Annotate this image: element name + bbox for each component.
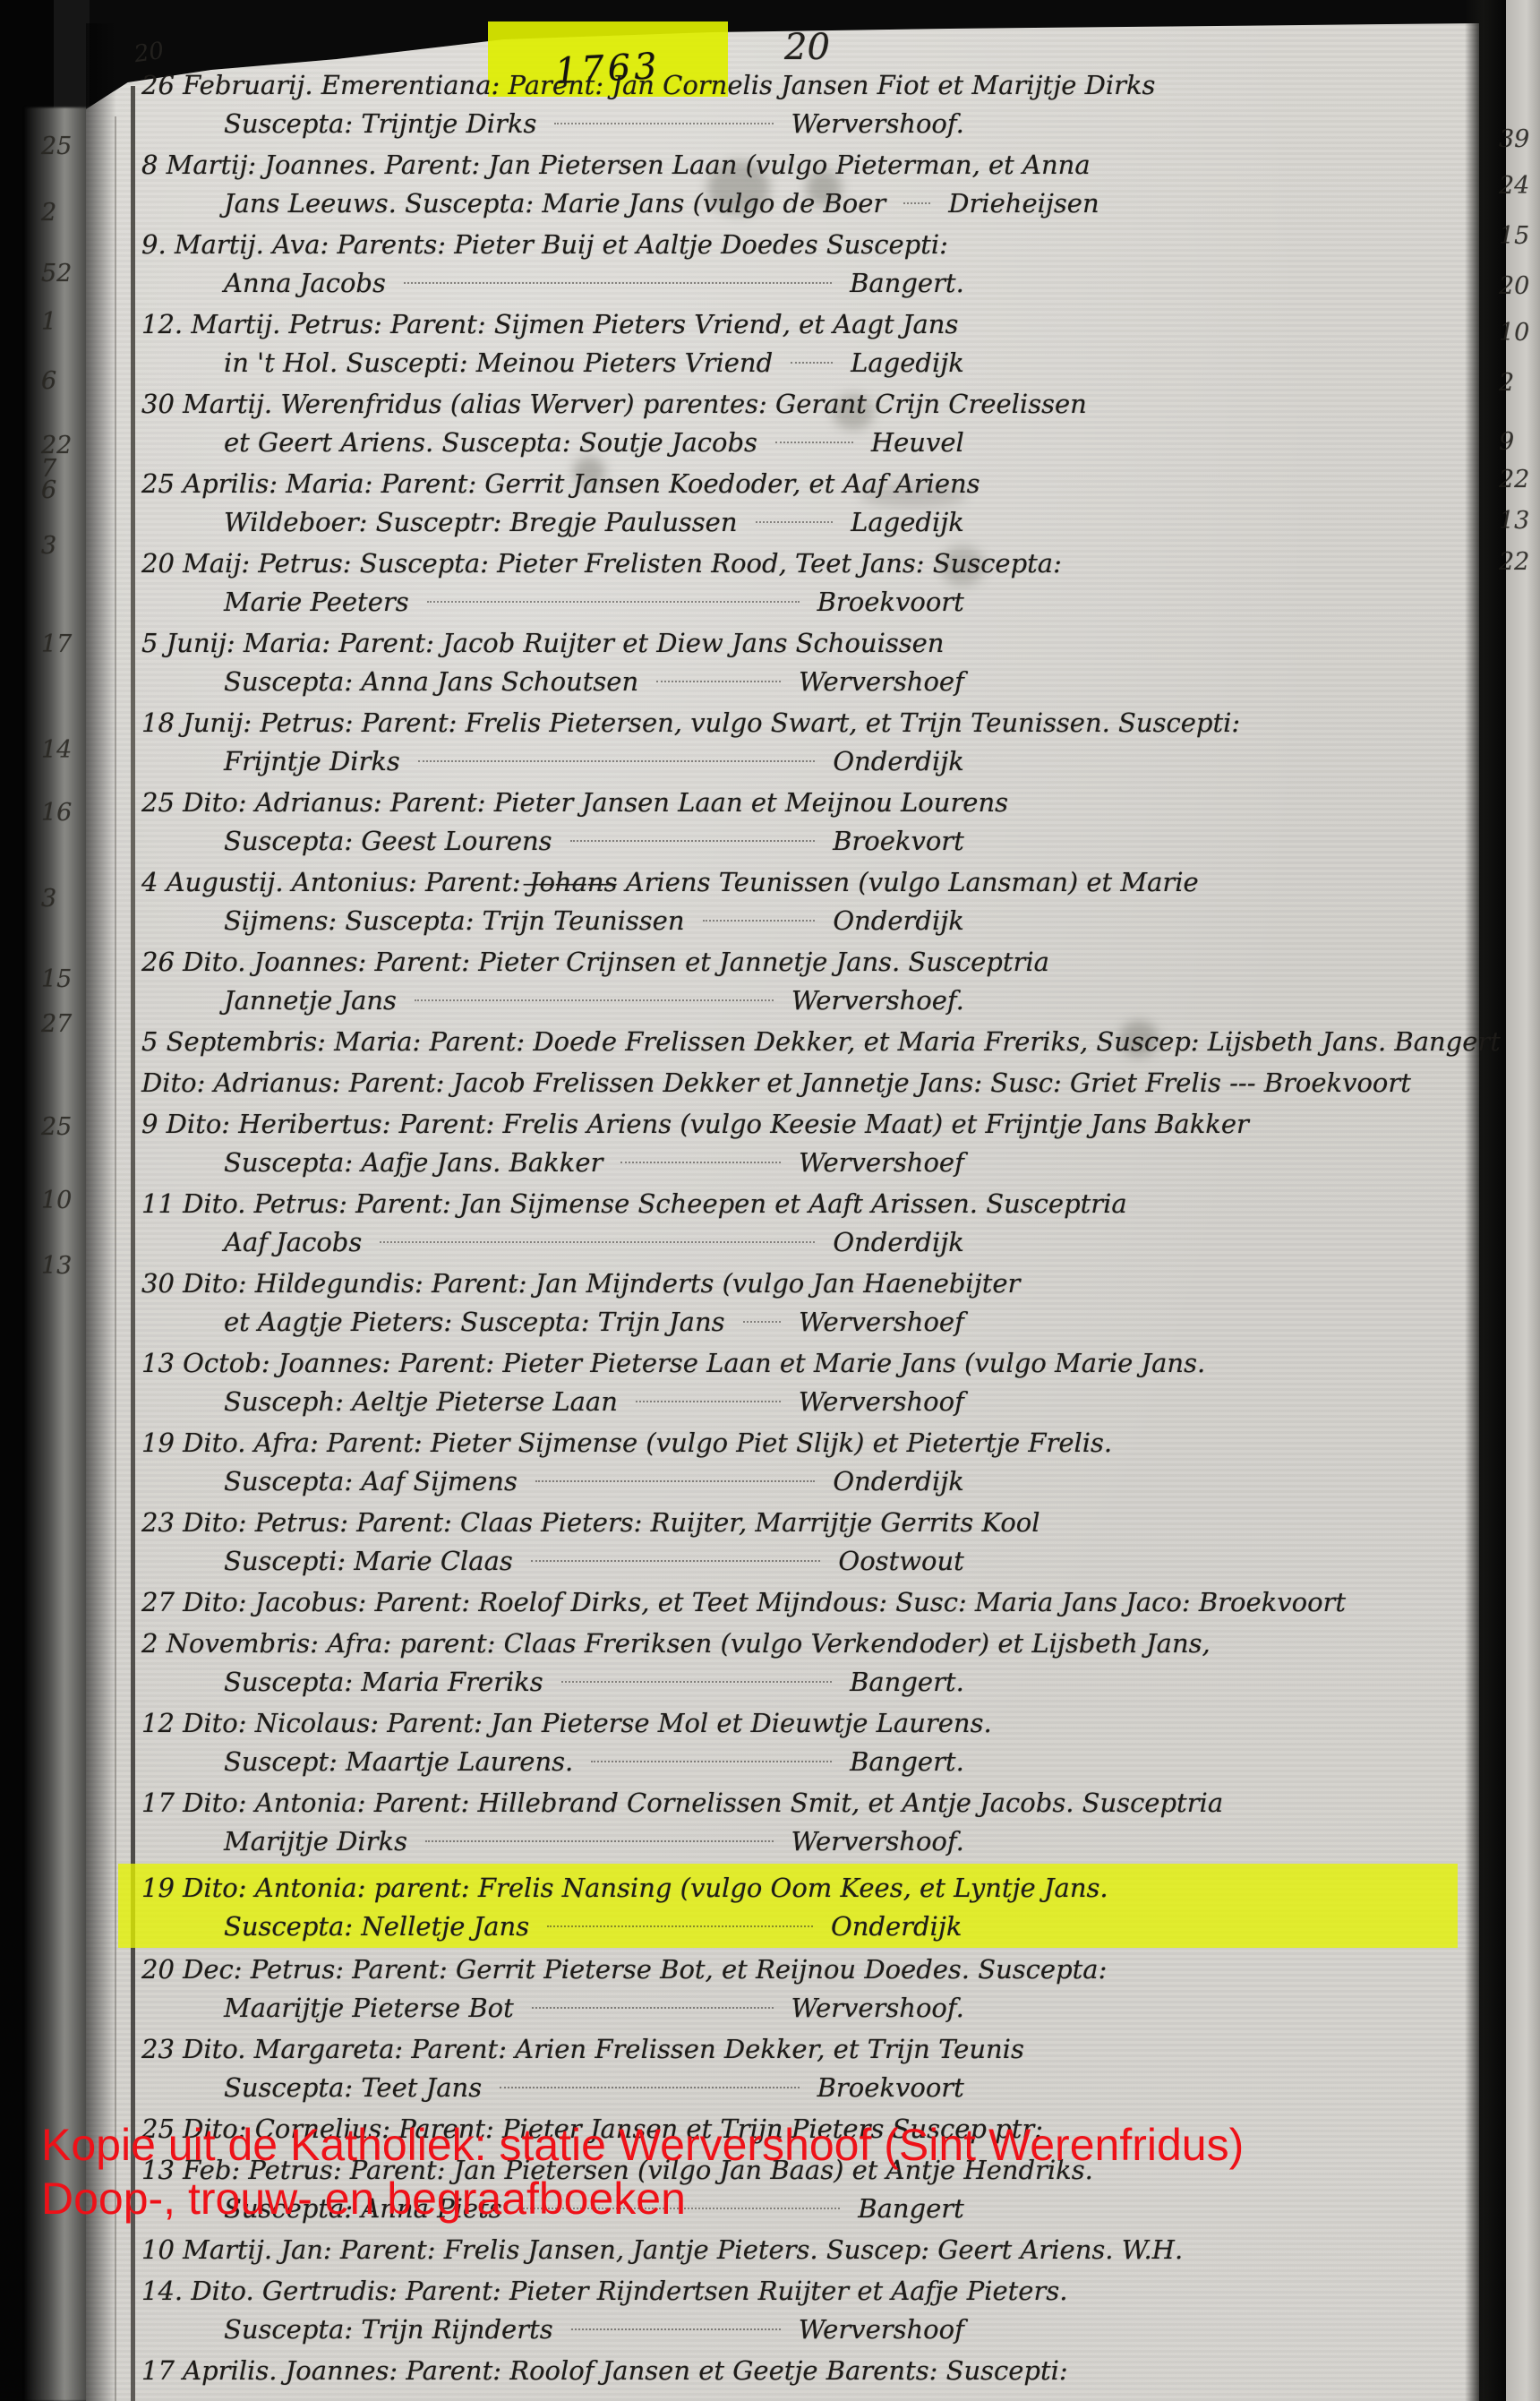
baptism-entry: 13 Octob: Joannes: Parent: Pieter Pieter… <box>141 1344 1458 1421</box>
entry-line: 30 Dito: Hildegundis: Parent: Jan Mijnde… <box>141 1265 1458 1303</box>
entry-text: Marie Peeters <box>224 583 409 622</box>
entry-text: Dito: Adrianus: Parent: Jacob Frelissen … <box>141 1064 1411 1102</box>
baptism-entry: 17 Aprilis. Joannes: Parent: Roolof Jans… <box>141 2352 1458 2390</box>
entry-text: in 't Hol. Suscepti: Meinou Pieters Vrie… <box>224 344 773 382</box>
entry-location: Onderdijk <box>833 1223 963 1262</box>
baptism-entry: 8 Martij: Joannes. Parent: Jan Pietersen… <box>141 146 1458 223</box>
entry-text: 20 Maij: Petrus: Suscepta: Pieter Frelis… <box>141 545 1062 583</box>
entry-location: Onderdijk <box>833 1462 963 1501</box>
entry-text: 2 Novembris: Afra: parent: Claas Freriks… <box>141 1625 1211 1663</box>
right-margin-number: 39 <box>1499 125 1529 153</box>
entry-line: 11 Dito. Petrus: Parent: Jan Sijmense Sc… <box>141 1185 1458 1223</box>
entry-line: Marie PeetersBroekvoort <box>141 583 1458 622</box>
entry-text: 12 Dito: Nicolaus: Parent: Jan Pieterse … <box>141 1704 992 1743</box>
entry-line: Suscepti: Marie ClaasOostwout <box>141 1542 1458 1581</box>
entry-line: 26 Dito. Joannes: Parent: Pieter Crijnse… <box>141 943 1458 982</box>
right-margin-number: 20 <box>1499 272 1529 300</box>
entry-line: Suscepta: Nelletje JansOnderdijk <box>141 1908 1454 1946</box>
entry-text: Jannetje Jans <box>224 982 397 1020</box>
entry-line: Suscepta: Trijntje DirksWervershoof. <box>141 105 1458 143</box>
filler-rule <box>775 442 853 443</box>
baptism-entry: 25 Aprilis: Maria: Parent: Gerrit Jansen… <box>141 465 1458 542</box>
entry-line: Suscepta: Geest LourensBroekvort <box>141 822 1458 861</box>
baptism-entry: 4 Augustij. Antonius: Parent: J̶o̶h̶a̶n̶… <box>141 863 1458 940</box>
entry-line: Aaf JacobsOnderdijk <box>141 1223 1458 1262</box>
entry-location: Bangert. <box>850 1743 964 1781</box>
entry-text: Suscepta: Geest Lourens <box>224 822 552 861</box>
entry-line: 5 Junij: Maria: Parent: Jacob Ruijter et… <box>141 624 1458 663</box>
baptism-entry: 2 Novembris: Afra: parent: Claas Freriks… <box>141 1625 1458 1702</box>
entry-line: 23 Dito. Margareta: Parent: Arien Frelis… <box>141 2030 1458 2069</box>
entry-location: Wervershoof. <box>791 1989 964 2028</box>
entry-text: Suscepta: Aaf Sijmens <box>224 1462 518 1501</box>
entry-line: Suscepta: Teet JansBroekvoort <box>141 2069 1458 2107</box>
entry-text: Suscepta: Teet Jans <box>224 2069 482 2107</box>
baptism-entry: 27 Dito: Jacobus: Parent: Roelof Dirks, … <box>141 1583 1458 1622</box>
left-margin-number: 15 <box>41 965 72 993</box>
right-margin-number: 9 <box>1499 428 1514 456</box>
right-margin-number: 15 <box>1499 222 1529 250</box>
filler-rule <box>427 601 800 603</box>
baptism-entry: 20 Maij: Petrus: Suscepta: Pieter Frelis… <box>141 545 1458 622</box>
baptism-entry: Dito: Adrianus: Parent: Jacob Frelissen … <box>141 1064 1458 1102</box>
entry-text: Anna Jacobs <box>224 264 386 303</box>
entry-line: Susceph: Aeltje Pieterse LaanWervershoof <box>141 1383 1458 1421</box>
entry-text: Wildeboer: Susceptr: Bregje Paulussen <box>224 503 738 542</box>
entry-line: 10 Martij. Jan: Parent: Frelis Jansen, J… <box>141 2231 1458 2269</box>
archive-overlay-line-1: Kopie uit de Katholiek: statie Werversho… <box>41 2119 1527 2171</box>
entry-text: 25 Dito: Adrianus: Parent: Pieter Jansen… <box>141 784 1008 822</box>
entry-location: Oostwout <box>838 1542 963 1581</box>
baptism-entry: 11 Dito. Petrus: Parent: Jan Sijmense Sc… <box>141 1185 1458 1262</box>
left-margin-number: 27 <box>41 1010 72 1038</box>
entry-line: Anna JacobsBangert. <box>141 264 1458 303</box>
entry-text: 13 Octob: Joannes: Parent: Pieter Pieter… <box>141 1344 1205 1383</box>
page-number: 20 <box>784 27 830 68</box>
entry-location: Heuvel <box>871 424 964 462</box>
right-margin-number: 13 <box>1499 507 1529 535</box>
entry-text: 5 Junij: Maria: Parent: Jacob Ruijter et… <box>141 624 944 663</box>
filler-rule <box>903 202 930 204</box>
filler-rule <box>425 1840 774 1842</box>
entry-text: Sijmens: Suscepta: Trijn Teunissen <box>224 902 685 940</box>
baptism-entry: 19 Dito. Afra: Parent: Pieter Sijmense (… <box>141 1424 1458 1501</box>
page-fold-shadow <box>86 23 116 2401</box>
entry-text: 27 Dito: Jacobus: Parent: Roelof Dirks, … <box>141 1583 1346 1622</box>
corner-scribble: 20 <box>133 38 166 68</box>
entry-text: 30 Martij. Werenfridus (alias Werver) pa… <box>141 385 1087 424</box>
entry-text: 11 Dito. Petrus: Parent: Jan Sijmense Sc… <box>141 1185 1127 1223</box>
entry-text: Susceph: Aeltje Pieterse Laan <box>224 1383 618 1421</box>
filler-rule <box>547 1925 813 1927</box>
left-margin-number: 17 <box>41 630 72 658</box>
entry-location: Wervershoof <box>799 2311 964 2349</box>
baptism-entry-highlighted: 19 Dito: Antonia: parent: Frelis Nansing… <box>118 1864 1458 1948</box>
entry-line: Wildeboer: Susceptr: Bregje PaulussenLag… <box>141 503 1458 542</box>
entry-line: Jans Leeuws. Suscepta: Marie Jans (vulgo… <box>141 184 1458 223</box>
right-margin-number: 2 <box>1499 369 1514 397</box>
ruled-margin-line <box>131 86 135 2401</box>
entry-text: 19 Dito. Afra: Parent: Pieter Sijmense (… <box>141 1424 1112 1462</box>
entry-text: 12. Martij. Petrus: Parent: Sijmen Piete… <box>141 305 958 344</box>
entry-text: 10 Martij. Jan: Parent: Frelis Jansen, J… <box>141 2231 1183 2269</box>
entry-line: 12. Martij. Petrus: Parent: Sijmen Piete… <box>141 305 1458 344</box>
entry-text: et Aagtje Pieters: Suscepta: Trijn Jans <box>224 1303 725 1342</box>
entry-line: 25 Dito: Adrianus: Parent: Pieter Jansen… <box>141 784 1458 822</box>
entry-line: et Geert Ariens. Suscepta: Soutje Jacobs… <box>141 424 1458 462</box>
entry-text: Marijtje Dirks <box>224 1822 407 1861</box>
entry-line: 23 Dito: Petrus: Parent: Claas Pieters: … <box>141 1504 1458 1542</box>
entry-text: 8 Martij: Joannes. Parent: Jan Pietersen… <box>141 146 1091 184</box>
filler-rule <box>404 282 832 284</box>
entry-line: Suscept: Maartje Laurens.Bangert. <box>141 1743 1458 1781</box>
entry-text: 26 Februarij. Emerentiana: Parent: Jan C… <box>141 66 1155 105</box>
entry-text: 23 Dito. Margareta: Parent: Arien Frelis… <box>141 2030 1024 2069</box>
left-margin-number: 3 <box>41 532 56 560</box>
entry-line: 13 Octob: Joannes: Parent: Pieter Pieter… <box>141 1344 1458 1383</box>
entry-line: 2 Novembris: Afra: parent: Claas Freriks… <box>141 1625 1458 1663</box>
filler-rule <box>570 840 816 842</box>
filler-rule <box>500 2087 800 2088</box>
left-margin-number: 13 <box>41 1252 72 1280</box>
entry-location: Broekvoort <box>817 583 964 622</box>
baptism-entry: 25 Dito: Adrianus: Parent: Pieter Jansen… <box>141 784 1458 861</box>
baptism-entry: 12 Dito: Nicolaus: Parent: Jan Pieterse … <box>141 1704 1458 1781</box>
baptism-entry: 26 Februarij. Emerentiana: Parent: Jan C… <box>141 66 1458 143</box>
entry-text: 17 Aprilis. Joannes: Parent: Roolof Jans… <box>141 2352 1068 2390</box>
left-margin-number: 25 <box>41 133 72 160</box>
baptism-entry: 12. Martij. Petrus: Parent: Sijmen Piete… <box>141 305 1458 382</box>
filler-rule <box>415 999 774 1001</box>
baptism-entry: 20 Dec: Petrus: Parent: Gerrit Pieterse … <box>141 1951 1458 2028</box>
right-margin-number: 22 <box>1499 466 1529 493</box>
entry-location: Broekvoort <box>817 2069 964 2107</box>
left-margin-number: 6 <box>41 367 56 395</box>
entry-line: 18 Junij: Petrus: Parent: Frelis Pieters… <box>141 704 1458 742</box>
baptism-entry: 23 Dito: Petrus: Parent: Claas Pieters: … <box>141 1504 1458 1581</box>
entry-line: 20 Maij: Petrus: Suscepta: Pieter Frelis… <box>141 545 1458 583</box>
baptism-entry: 5 Septembris: Maria: Parent: Doede Freli… <box>141 1023 1458 1061</box>
entry-location: Broekvort <box>833 822 964 861</box>
entry-location: Drieheijsen <box>948 184 1099 223</box>
entry-location: Wervershoof <box>799 1383 964 1421</box>
filler-rule <box>591 1761 832 1762</box>
left-margin-number: 6 <box>41 476 56 504</box>
entry-line: Suscepta: Trijn RijndertsWervershoof <box>141 2311 1458 2349</box>
entry-line: 12 Dito: Nicolaus: Parent: Jan Pieterse … <box>141 1704 1458 1743</box>
baptism-entry: 10 Martij. Jan: Parent: Frelis Jansen, J… <box>141 2231 1458 2269</box>
entry-line: 19 Dito. Afra: Parent: Pieter Sijmense (… <box>141 1424 1458 1462</box>
filler-rule <box>620 1162 781 1163</box>
entry-line: 30 Martij. Werenfridus (alias Werver) pa… <box>141 385 1458 424</box>
entry-location: Lagedijk <box>851 344 964 382</box>
filler-rule <box>656 681 781 682</box>
filler-rule <box>561 1681 832 1683</box>
entry-text: 17 Dito: Antonia: Parent: Hillebrand Cor… <box>141 1784 1223 1822</box>
entry-text: 23 Dito: Petrus: Parent: Claas Pieters: … <box>141 1504 1040 1542</box>
baptism-entry: 5 Junij: Maria: Parent: Jacob Ruijter et… <box>141 624 1458 701</box>
entry-line: Suscepta: Maria FreriksBangert. <box>141 1663 1458 1702</box>
entry-location: Wervershoef <box>799 663 964 701</box>
entry-line: 20 Dec: Petrus: Parent: Gerrit Pieterse … <box>141 1951 1458 1989</box>
entry-line: Marijtje DirksWervershoof. <box>141 1822 1458 1861</box>
entry-location: Onderdijk <box>833 742 963 781</box>
entry-location: Wervershoef <box>799 1303 964 1342</box>
filler-rule <box>535 1480 815 1482</box>
filler-rule <box>380 1241 815 1243</box>
right-margin-number: 10 <box>1499 319 1529 347</box>
entry-location: Bangert. <box>850 1663 964 1702</box>
baptism-entry: 23 Dito. Margareta: Parent: Arien Frelis… <box>141 2030 1458 2107</box>
left-margin-number: 3 <box>41 885 56 913</box>
baptism-entry: 30 Dito: Hildegundis: Parent: Jan Mijnde… <box>141 1265 1458 1342</box>
right-margin-number: 22 <box>1499 548 1529 576</box>
entry-text: 4 Augustij. Antonius: Parent: J̶o̶h̶a̶n̶… <box>141 863 1199 902</box>
entry-text: 9. Martij. Ava: Parents: Pieter Buij et … <box>141 226 948 264</box>
filler-rule <box>636 1401 781 1402</box>
entry-location: Wervershoef. <box>791 982 964 1020</box>
left-margin-number: 52 <box>41 260 72 287</box>
entry-line: Jannetje JansWervershoef. <box>141 982 1458 1020</box>
left-margin-number: 10 <box>41 1187 72 1214</box>
entry-location: Lagedijk <box>851 503 964 542</box>
entry-line: Suscepta: Aaf SijmensOnderdijk <box>141 1462 1458 1501</box>
entry-location: Wervershoof. <box>791 105 964 143</box>
left-margin-number: 1 <box>41 308 56 336</box>
baptism-entry: 18 Junij: Petrus: Parent: Frelis Pieters… <box>141 704 1458 781</box>
baptism-entry: 9. Martij. Ava: Parents: Pieter Buij et … <box>141 226 1458 303</box>
book-gutter <box>1465 0 1506 2401</box>
entry-text: Suscepta: Trijntje Dirks <box>224 105 536 143</box>
entry-line: 19 Dito: Antonia: parent: Frelis Nansing… <box>141 1869 1454 1908</box>
entry-line: 25 Aprilis: Maria: Parent: Gerrit Jansen… <box>141 465 1458 503</box>
entry-text: Frijntje Dirks <box>224 742 400 781</box>
entry-text: 5 Septembris: Maria: Parent: Doede Freli… <box>141 1023 1501 1061</box>
filler-rule <box>532 2007 774 2009</box>
entry-line: 9. Martij. Ava: Parents: Pieter Buij et … <box>141 226 1458 264</box>
entry-text: 20 Dec: Petrus: Parent: Gerrit Pieterse … <box>141 1951 1107 1989</box>
entry-line: Dito: Adrianus: Parent: Jacob Frelissen … <box>141 1064 1458 1102</box>
filler-rule <box>418 760 816 762</box>
entry-text: 19 Dito: Antonia: parent: Frelis Nansing… <box>141 1869 1108 1908</box>
entry-line: 14. Dito. Gertrudis: Parent: Pieter Rijn… <box>141 2272 1458 2311</box>
baptism-entry: 17 Dito: Antonia: Parent: Hillebrand Cor… <box>141 1784 1458 1861</box>
entry-line: Frijntje DirksOnderdijk <box>141 742 1458 781</box>
left-margin-number: 25 <box>41 1113 72 1141</box>
entries: 26 Februarij. Emerentiana: Parent: Jan C… <box>141 66 1458 2393</box>
entry-line: 17 Aprilis. Joannes: Parent: Roolof Jans… <box>141 2352 1458 2390</box>
filler-rule <box>743 1321 781 1323</box>
entry-location: Wervershoof. <box>791 1822 964 1861</box>
entry-line: Suscepta: Anna Jans SchoutsenWervershoef <box>141 663 1458 701</box>
filler-rule <box>703 920 816 922</box>
left-margin-number: 2 <box>41 199 56 227</box>
entry-text: 14. Dito. Gertrudis: Parent: Pieter Rijn… <box>141 2272 1067 2311</box>
filler-rule <box>791 362 833 364</box>
entry-location: Wervershoef <box>799 1144 964 1182</box>
entry-line: 17 Dito: Antonia: Parent: Hillebrand Cor… <box>141 1784 1458 1822</box>
entry-text: 25 Aprilis: Maria: Parent: Gerrit Jansen… <box>141 465 980 503</box>
entry-line: Suscepta: Aafje Jans. BakkerWervershoef <box>141 1144 1458 1182</box>
entry-text: Jans Leeuws. Suscepta: Marie Jans (vulgo… <box>224 184 885 223</box>
filler-rule <box>531 1560 821 1562</box>
baptism-entry: 9 Dito: Heribertus: Parent: Frelis Arien… <box>141 1105 1458 1182</box>
left-margin-number: 14 <box>41 736 72 764</box>
baptism-entry: 14. Dito. Gertrudis: Parent: Pieter Rijn… <box>141 2272 1458 2349</box>
entry-text: 9 Dito: Heribertus: Parent: Frelis Arien… <box>141 1105 1249 1144</box>
entry-line: 27 Dito: Jacobus: Parent: Roelof Dirks, … <box>141 1583 1458 1622</box>
entry-text: Suscepta: Anna Jans Schoutsen <box>224 663 638 701</box>
next-page-sliver <box>1506 0 1540 2401</box>
entry-line: 26 Februarij. Emerentiana: Parent: Jan C… <box>141 66 1458 105</box>
baptism-entry: 26 Dito. Joannes: Parent: Pieter Crijnse… <box>141 943 1458 1020</box>
filler-rule <box>571 2328 781 2330</box>
entry-text: Maarijtje Pieterse Bot <box>224 1989 514 2028</box>
right-margin-number: 24 <box>1499 172 1529 200</box>
archive-overlay-line-2: Doop-, trouw- en begraafboeken <box>41 2173 1527 2225</box>
entry-text: Suscepta: Trijn Rijnderts <box>224 2311 553 2349</box>
entry-text: et Geert Ariens. Suscepta: Soutje Jacobs <box>224 424 757 462</box>
filler-rule <box>756 521 834 523</box>
entry-text: Suscepta: Nelletje Jans <box>224 1908 529 1946</box>
entry-text: Suscepta: Aafje Jans. Bakker <box>224 1144 603 1182</box>
entry-location: Onderdijk <box>833 902 963 940</box>
entry-line: 9 Dito: Heribertus: Parent: Frelis Arien… <box>141 1105 1458 1144</box>
entry-line: in 't Hol. Suscepti: Meinou Pieters Vrie… <box>141 344 1458 382</box>
entry-location: Bangert. <box>850 264 964 303</box>
entry-line: 5 Septembris: Maria: Parent: Doede Freli… <box>141 1023 1458 1061</box>
entry-text: Suscept: Maartje Laurens. <box>224 1743 573 1781</box>
entry-line: 8 Martij: Joannes. Parent: Jan Pietersen… <box>141 146 1458 184</box>
baptism-entry: 30 Martij. Werenfridus (alias Werver) pa… <box>141 385 1458 462</box>
entry-text: Suscepti: Marie Claas <box>224 1542 513 1581</box>
entry-text: Aaf Jacobs <box>224 1223 362 1262</box>
margin-fold-line <box>115 116 116 2401</box>
filler-rule <box>554 123 773 124</box>
entry-line: Maarijtje Pieterse BotWervershoof. <box>141 1989 1458 2028</box>
entry-line: et Aagtje Pieters: Suscepta: Trijn JansW… <box>141 1303 1458 1342</box>
left-margin-number: 16 <box>41 799 72 827</box>
entry-text: 26 Dito. Joannes: Parent: Pieter Crijnse… <box>141 943 1049 982</box>
entry-line: 4 Augustij. Antonius: Parent: J̶o̶h̶a̶n̶… <box>141 863 1458 902</box>
entry-line: Sijmens: Suscepta: Trijn TeunissenOnderd… <box>141 902 1458 940</box>
entry-text: Suscepta: Maria Freriks <box>224 1663 543 1702</box>
entry-text: 30 Dito: Hildegundis: Parent: Jan Mijnde… <box>141 1265 1020 1303</box>
entry-text: 18 Junij: Petrus: Parent: Frelis Pieters… <box>141 704 1240 742</box>
entry-location: Onderdijk <box>831 1908 962 1946</box>
